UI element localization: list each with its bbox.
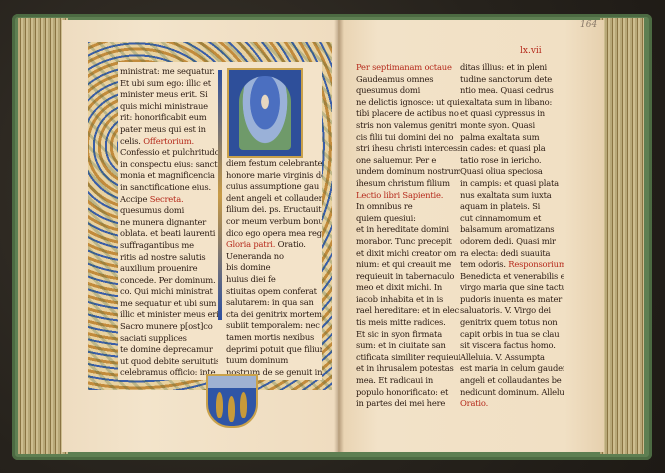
manuscript-text-line: concede. Per dominum.	[120, 275, 218, 287]
manuscript-text-line: nedicunt dominum. Alleluia	[460, 387, 564, 399]
manuscript-text-line: meo et dixit michi. In	[356, 282, 460, 294]
manuscript-text-line: cedente beato laurentio	[120, 379, 218, 380]
manuscript-text-line: celis. Offertorium.	[120, 136, 218, 148]
left-page-column-1: ministrat: me sequatur.Et ubi sum ego: i…	[120, 66, 218, 380]
manuscript-text-line: ditas illius: et in pleni	[460, 62, 564, 74]
manuscript-text-line: Et sic in syon firmata	[356, 329, 460, 341]
manuscript-text-line: populo honorificato: et	[356, 387, 460, 399]
manuscript-text-line: celebramus officio: inte	[120, 367, 218, 379]
right-page-edges	[600, 18, 644, 454]
manuscript-text-line: est maria in celum gaudent	[460, 363, 564, 375]
manuscript-text-line: Gaudeamus omnes	[356, 74, 460, 86]
manuscript-text-line: oblata. et beati laurenti	[120, 228, 218, 240]
manuscript-text-line: tem odoris. Responsorium.	[460, 259, 564, 271]
manuscript-text-line: saciati supplices	[120, 333, 218, 345]
manuscript-text-line: auxilium prouenire	[120, 263, 218, 275]
manuscript-text-line: me sequatur et ubi sum ego	[120, 298, 218, 310]
folio-number: lx.vii	[520, 46, 542, 56]
right-page-column-1: Per septimanam octaueGaudeamus omnesques…	[356, 62, 460, 412]
manuscript-text-line: et dixit michi creator om	[356, 248, 460, 260]
manuscript-text-line: capit orbis in tua se clau	[460, 329, 564, 341]
pencil-foliation: 164	[580, 20, 597, 30]
manuscript-text-line: minister meus erit. Si	[120, 89, 218, 101]
assumption-miniature	[227, 68, 303, 158]
manuscript-text-line: saluatoris. V. Virgo dei	[460, 305, 564, 317]
manuscript-text-line: bis domine	[226, 262, 322, 274]
manuscript-text-line: Confessio et pulchritudo	[120, 147, 218, 159]
manuscript-text-line: salutarem: in qua san	[226, 297, 322, 309]
manuscript-text-line: te domine deprecamur	[120, 344, 218, 356]
manuscript-text-line: monia et magnificencia	[120, 170, 218, 182]
manuscript-text-line: undem dominum nostrum	[356, 166, 460, 178]
manuscript-text-line: ministrat: me sequatur.	[120, 66, 218, 78]
shield-chief	[208, 376, 256, 388]
manuscript-text-line: quis michi ministraue	[120, 101, 218, 113]
photo-scene: ministrat: me sequatur.Et ubi sum ego: i…	[0, 0, 665, 473]
gold-drop-icon	[240, 392, 247, 418]
manuscript-text-line: et quasi cypressus in	[460, 108, 564, 120]
manuscript-text-line: tamen mortis nexibus	[226, 332, 322, 344]
manuscript-text-line: cis filii tui domini dei no	[356, 132, 460, 144]
manuscript-text-line: genitrix quem totus non	[460, 317, 564, 329]
manuscript-text-line: nus exaltata sum iuxta	[460, 190, 564, 202]
manuscript-text-line: quiem quesiui:	[356, 213, 460, 225]
manuscript-text-line: in campis: et quasi plata	[460, 178, 564, 190]
manuscript-text-line: ctificata similiter requieui	[356, 352, 460, 364]
manuscript-text-line: pudoris inuenta es mater	[460, 294, 564, 306]
manuscript-text-line: ra electa: dedi suauita	[460, 248, 564, 260]
manuscript-text-line: cor meum verbum bonum	[226, 216, 322, 228]
manuscript-text-line: pater meus qui est in	[120, 124, 218, 136]
manuscript-text-line: tuum dominum	[226, 355, 322, 367]
manuscript-text-line: et in ihrusalem potestas	[356, 363, 460, 375]
manuscript-text-line: stri ihesu christi intercessi	[356, 143, 460, 155]
manuscript-text-line: dent angeli et collaudent	[226, 193, 322, 205]
manuscript-text-line: subiit temporalem: nec	[226, 320, 322, 332]
manuscript-text-line: stiuitas opem conferat	[226, 286, 322, 298]
manuscript-text-line: illic et minister meus erit.	[120, 309, 218, 321]
manuscript-text-line: ritis ad nostre salutis	[120, 252, 218, 264]
manuscript-text-line: tatio rose in iericho.	[460, 155, 564, 167]
manuscript-text-line: balsamum aromatizans	[460, 224, 564, 236]
manuscript-text-line: Oratio.	[460, 398, 564, 410]
manuscript-text-line: Quasi oliua speciosa	[460, 166, 564, 178]
manuscript-text-line: sit viscera factus homo.	[460, 340, 564, 352]
manuscript-text-line: Ueneranda no	[226, 251, 322, 263]
manuscript-text-line: et in hereditate domini	[356, 224, 460, 236]
manuscript-text-line: odorem dedi. Quasi mir	[460, 236, 564, 248]
manuscript-text-line: exaltata sum in libano:	[460, 97, 564, 109]
manuscript-text-line: Benedicta et venerabilis es	[460, 271, 564, 283]
manuscript-text-line: virgo maria que sine tactu	[460, 282, 564, 294]
manuscript-text-line: quesumus domi	[356, 85, 460, 97]
manuscript-text-line: tudine sanctorum dete	[460, 74, 564, 86]
gold-drop-icon	[216, 392, 223, 418]
manuscript-text-line: suffragantibus me	[120, 240, 218, 252]
manuscript-text-line: in partes dei mei here	[356, 398, 460, 410]
manuscript-text-line: rit: honorificabit eum	[120, 112, 218, 124]
manuscript-text-line: palma exaltata sum	[460, 132, 564, 144]
manuscript-text-line: nium: et qui creauit me	[356, 259, 460, 271]
manuscript-text-line: Et ubi sum ego: illic et	[120, 78, 218, 90]
manuscript-text-line: in cades: et quasi pla	[460, 143, 564, 155]
manuscript-text-line: sum: et in ciuitate san	[356, 340, 460, 352]
manuscript-text-line: huius diei fe	[226, 274, 322, 286]
manuscript-text-line: in conspectu eius: sancti	[120, 159, 218, 171]
manuscript-text-line: ntio mea. Quasi cedrus	[460, 85, 564, 97]
manuscript-text-line: honore marie virginis de	[226, 170, 322, 182]
manuscript-text-line: stris non valemus genitri	[356, 120, 460, 132]
manuscript-text-line: ne munera dignanter	[120, 217, 218, 229]
manuscript-text-line: dico ego opera mea regi.	[226, 228, 322, 240]
manuscript-text-line: Sacro munere p[ost]co	[120, 321, 218, 333]
manuscript-text-line: monte syon. Quasi	[460, 120, 564, 132]
manuscript-text-line: Gloria patri. Oratio.	[226, 239, 322, 251]
blue-gold-bar-border	[218, 70, 222, 320]
manuscript-text-line: Lectio libri Sapientie.	[356, 190, 460, 202]
manuscript-text-line: one saluemur. Per e	[356, 155, 460, 167]
manuscript-text-line: mea. Et radicaui in	[356, 375, 460, 387]
manuscript-text-line: ihesum christum filium	[356, 178, 460, 190]
right-page-column-2: ditas illius: et in plenitudine sanctoru…	[460, 62, 564, 412]
manuscript-text-line: requieuit in tabernaculo	[356, 271, 460, 283]
manuscript-text-line: rael hereditare: et in elec	[356, 305, 460, 317]
manuscript-text-line: tibi placere de actibus no	[356, 108, 460, 120]
manuscript-text-line: Per septimanam octaue	[356, 62, 460, 74]
manuscript-text-line: In omnibus re	[356, 201, 460, 213]
left-page-edges	[18, 18, 68, 454]
virgin-mary-figure	[239, 76, 291, 150]
manuscript-text-line: angeli et collaudantes be	[460, 375, 564, 387]
book-gutter	[334, 20, 344, 452]
manuscript-text-line: morabor. Tunc precepit	[356, 236, 460, 248]
manuscript-text-line: aquam in plateis. Si	[460, 201, 564, 213]
manuscript-text-line: deprimi potuit que filium	[226, 344, 322, 356]
manuscript-text-line: in sanctificatione eius.	[120, 182, 218, 194]
manuscript-text-line: diem festum celebrantes sub	[226, 158, 322, 170]
left-page-column-2: diem festum celebrantes subhonore marie …	[226, 158, 322, 380]
manuscript-text-line: tis meis mitte radices.	[356, 317, 460, 329]
manuscript-text-line: ut quod debite seruitutis	[120, 356, 218, 368]
gold-drop-icon	[228, 396, 235, 422]
coat-of-arms-shield-icon	[206, 374, 258, 428]
manuscript-text-line: Alleluia. V. Assumpta	[460, 352, 564, 364]
manuscript-text-line: filium dei. ps. Eructauit	[226, 204, 322, 216]
manuscript-text-line: cta dei genitrix mortem	[226, 309, 322, 321]
manuscript-text-line: co. Qui michi ministrat	[120, 286, 218, 298]
manuscript-text-line: iacob inhabita et in is	[356, 294, 460, 306]
manuscript-text-line: quesumus domi	[120, 205, 218, 217]
manuscript-text-line: Accipe Secreta.	[120, 194, 218, 206]
manuscript-text-line: ne delictis ignosce: ut qui	[356, 97, 460, 109]
manuscript-text-line: cut cinnamomum et	[460, 213, 564, 225]
manuscript-text-line: cuius assumptione gau	[226, 181, 322, 193]
